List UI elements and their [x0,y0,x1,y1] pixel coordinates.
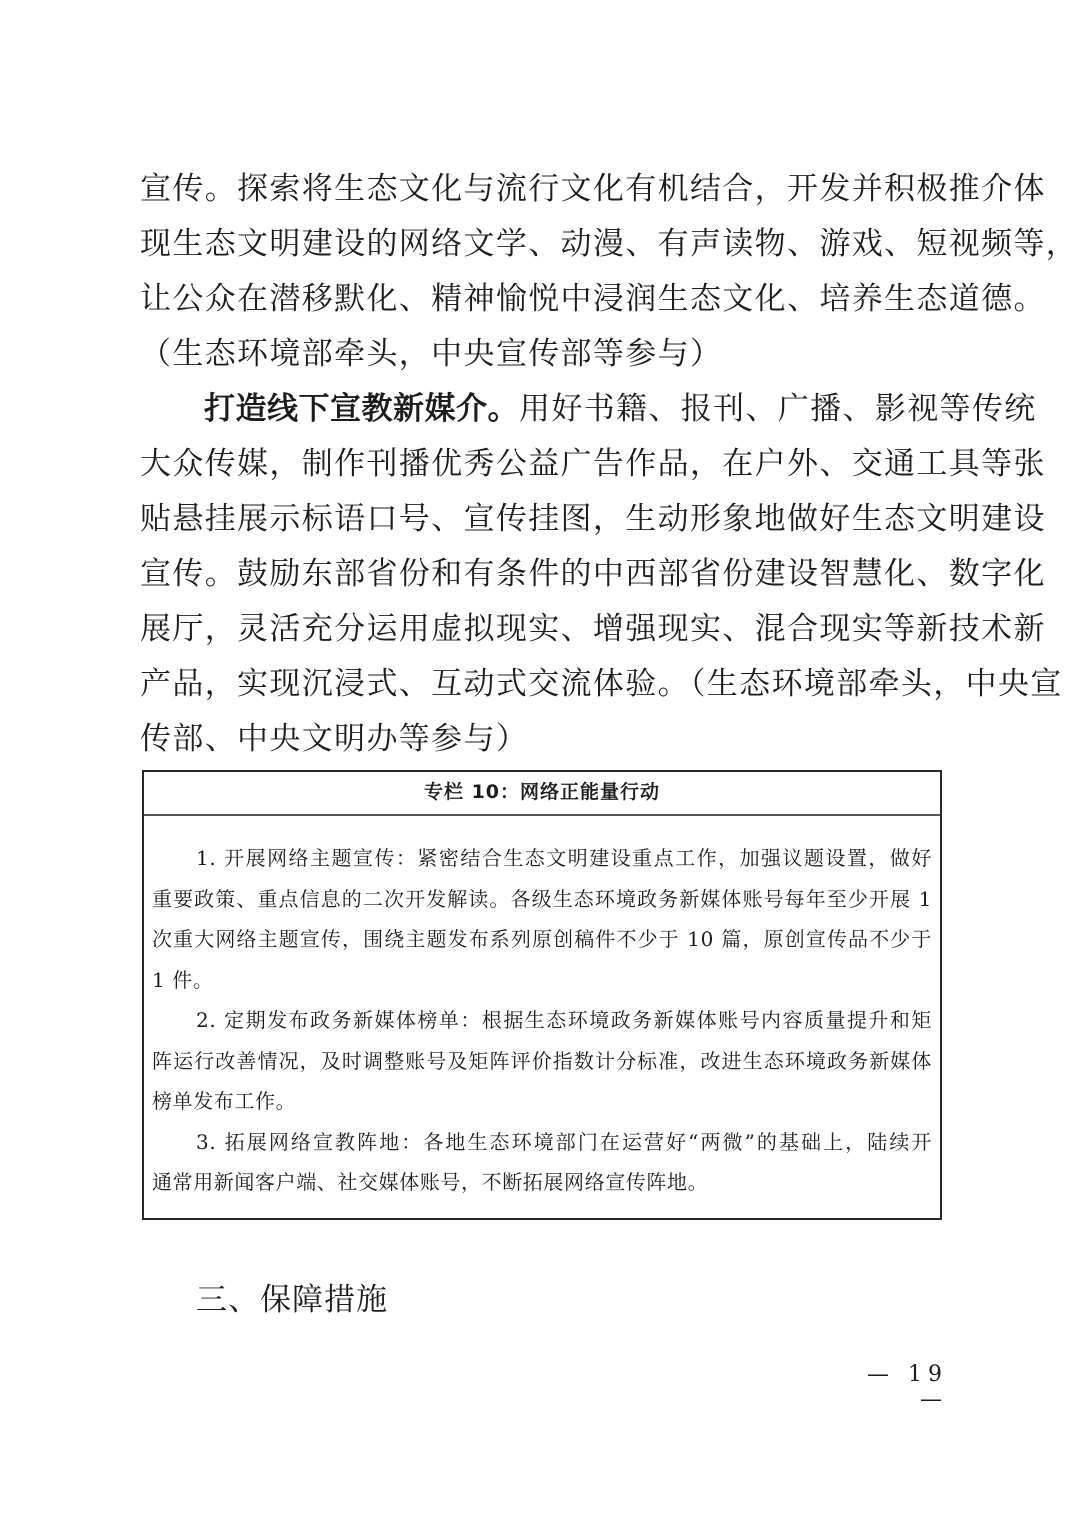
text-line: 大众传媒，制作刊播优秀公益广告作品，在户外、交通工具等张 [140,437,945,492]
box-line: 阵运行改善情况，及时调整账号及矩阵评价指数计分标准，改进生态环境政务新媒体 [152,1041,932,1082]
box-line: 1. 开展网络主题宣传：紧密结合生态文明建设重点工作，加强议题设置，做好 [152,838,932,879]
page-number: — 19 — [828,1362,948,1412]
column-box-body: 1. 开展网络主题宣传：紧密结合生态文明建设重点工作，加强议题设置，做好 重要政… [152,838,932,1203]
text-line: 现生态文明建设的网络文学、动漫、有声读物、游戏、短视频等， [140,217,945,272]
box-line: 榜单发布工作。 [152,1081,932,1122]
box-line: 2. 定期发布政务新媒体榜单：根据生态环境政务新媒体账号内容质量提升和矩 [152,1000,932,1041]
box-line: 次重大网络主题宣传，围绕主题发布系列原创稿件不少于 10 篇，原创宣传品不少于 [152,919,932,960]
text-line: （生态环境部牵头，中央宣传部等参与） [140,327,945,382]
paragraph-online-culture: 宣传。探索将生态文化与流行文化有机结合，开发并积极推介体 现生态文明建设的网络文… [140,162,945,382]
paragraph-offline-media: 打造线下宣教新媒介。用好书籍、报刊、广播、影视等传统 大众传媒，制作刊播优秀公益… [140,382,945,767]
column-item-2: 2. 定期发布政务新媒体榜单：根据生态环境政务新媒体账号内容质量提升和矩 阵运行… [152,1000,932,1122]
text-line-rest: 用好书籍、报刊、广播、影视等传统 [519,391,1037,427]
text-line: 展厅，灵活充分运用虚拟现实、增强现实、混合现实等新技术新 [140,602,945,657]
paragraph-lead-heading: 打造线下宣教新媒介。 [204,391,519,427]
text-line: 让公众在潜移默化、精神愉悦中浸润生态文化、培养生态道德。 [140,272,945,327]
text-line: 产品，实现沉浸式、互动式交流体验。（生态环境部牵头，中央宣 [140,657,945,712]
text-line: 传部、中央文明办等参与） [140,712,945,767]
box-line: 3. 拓展网络宣教阵地：各地生态环境部门在运营好“两微”的基础上，陆续开 [152,1122,932,1163]
section-heading: 三、保障措施 [196,1274,388,1319]
box-line: 重要政策、重点信息的二次开发解读。各级生态环境政务新媒体账号每年至少开展 1 [152,879,932,920]
box-line: 通常用新闻客户端、社交媒体账号，不断拓展网络宣传阵地。 [152,1162,932,1203]
text-line: 宣传。探索将生态文化与流行文化有机结合，开发并积极推介体 [140,162,945,217]
text-line: 宣传。鼓励东部省份和有条件的中西部省份建设智慧化、数字化 [140,547,945,602]
document-page: 宣传。探索将生态文化与流行文化有机结合，开发并积极推介体 现生态文明建设的网络文… [0,0,1080,1527]
column-item-3: 3. 拓展网络宣教阵地：各地生态环境部门在运营好“两微”的基础上，陆续开 通常用… [152,1122,932,1203]
text-line: 打造线下宣教新媒介。用好书籍、报刊、广播、影视等传统 [140,382,945,437]
column-item-1: 1. 开展网络主题宣传：紧密结合生态文明建设重点工作，加强议题设置，做好 重要政… [152,838,932,1000]
text-line: 贴悬挂展示标语口号、宣传挂图，生动形象地做好生态文明建设 [140,492,945,547]
box-line: 1 件。 [152,960,932,1001]
column-box-title: 专栏 10：网络正能量行动 [144,772,940,816]
column-box: 专栏 10：网络正能量行动 1. 开展网络主题宣传：紧密结合生态文明建设重点工作… [142,770,942,1220]
